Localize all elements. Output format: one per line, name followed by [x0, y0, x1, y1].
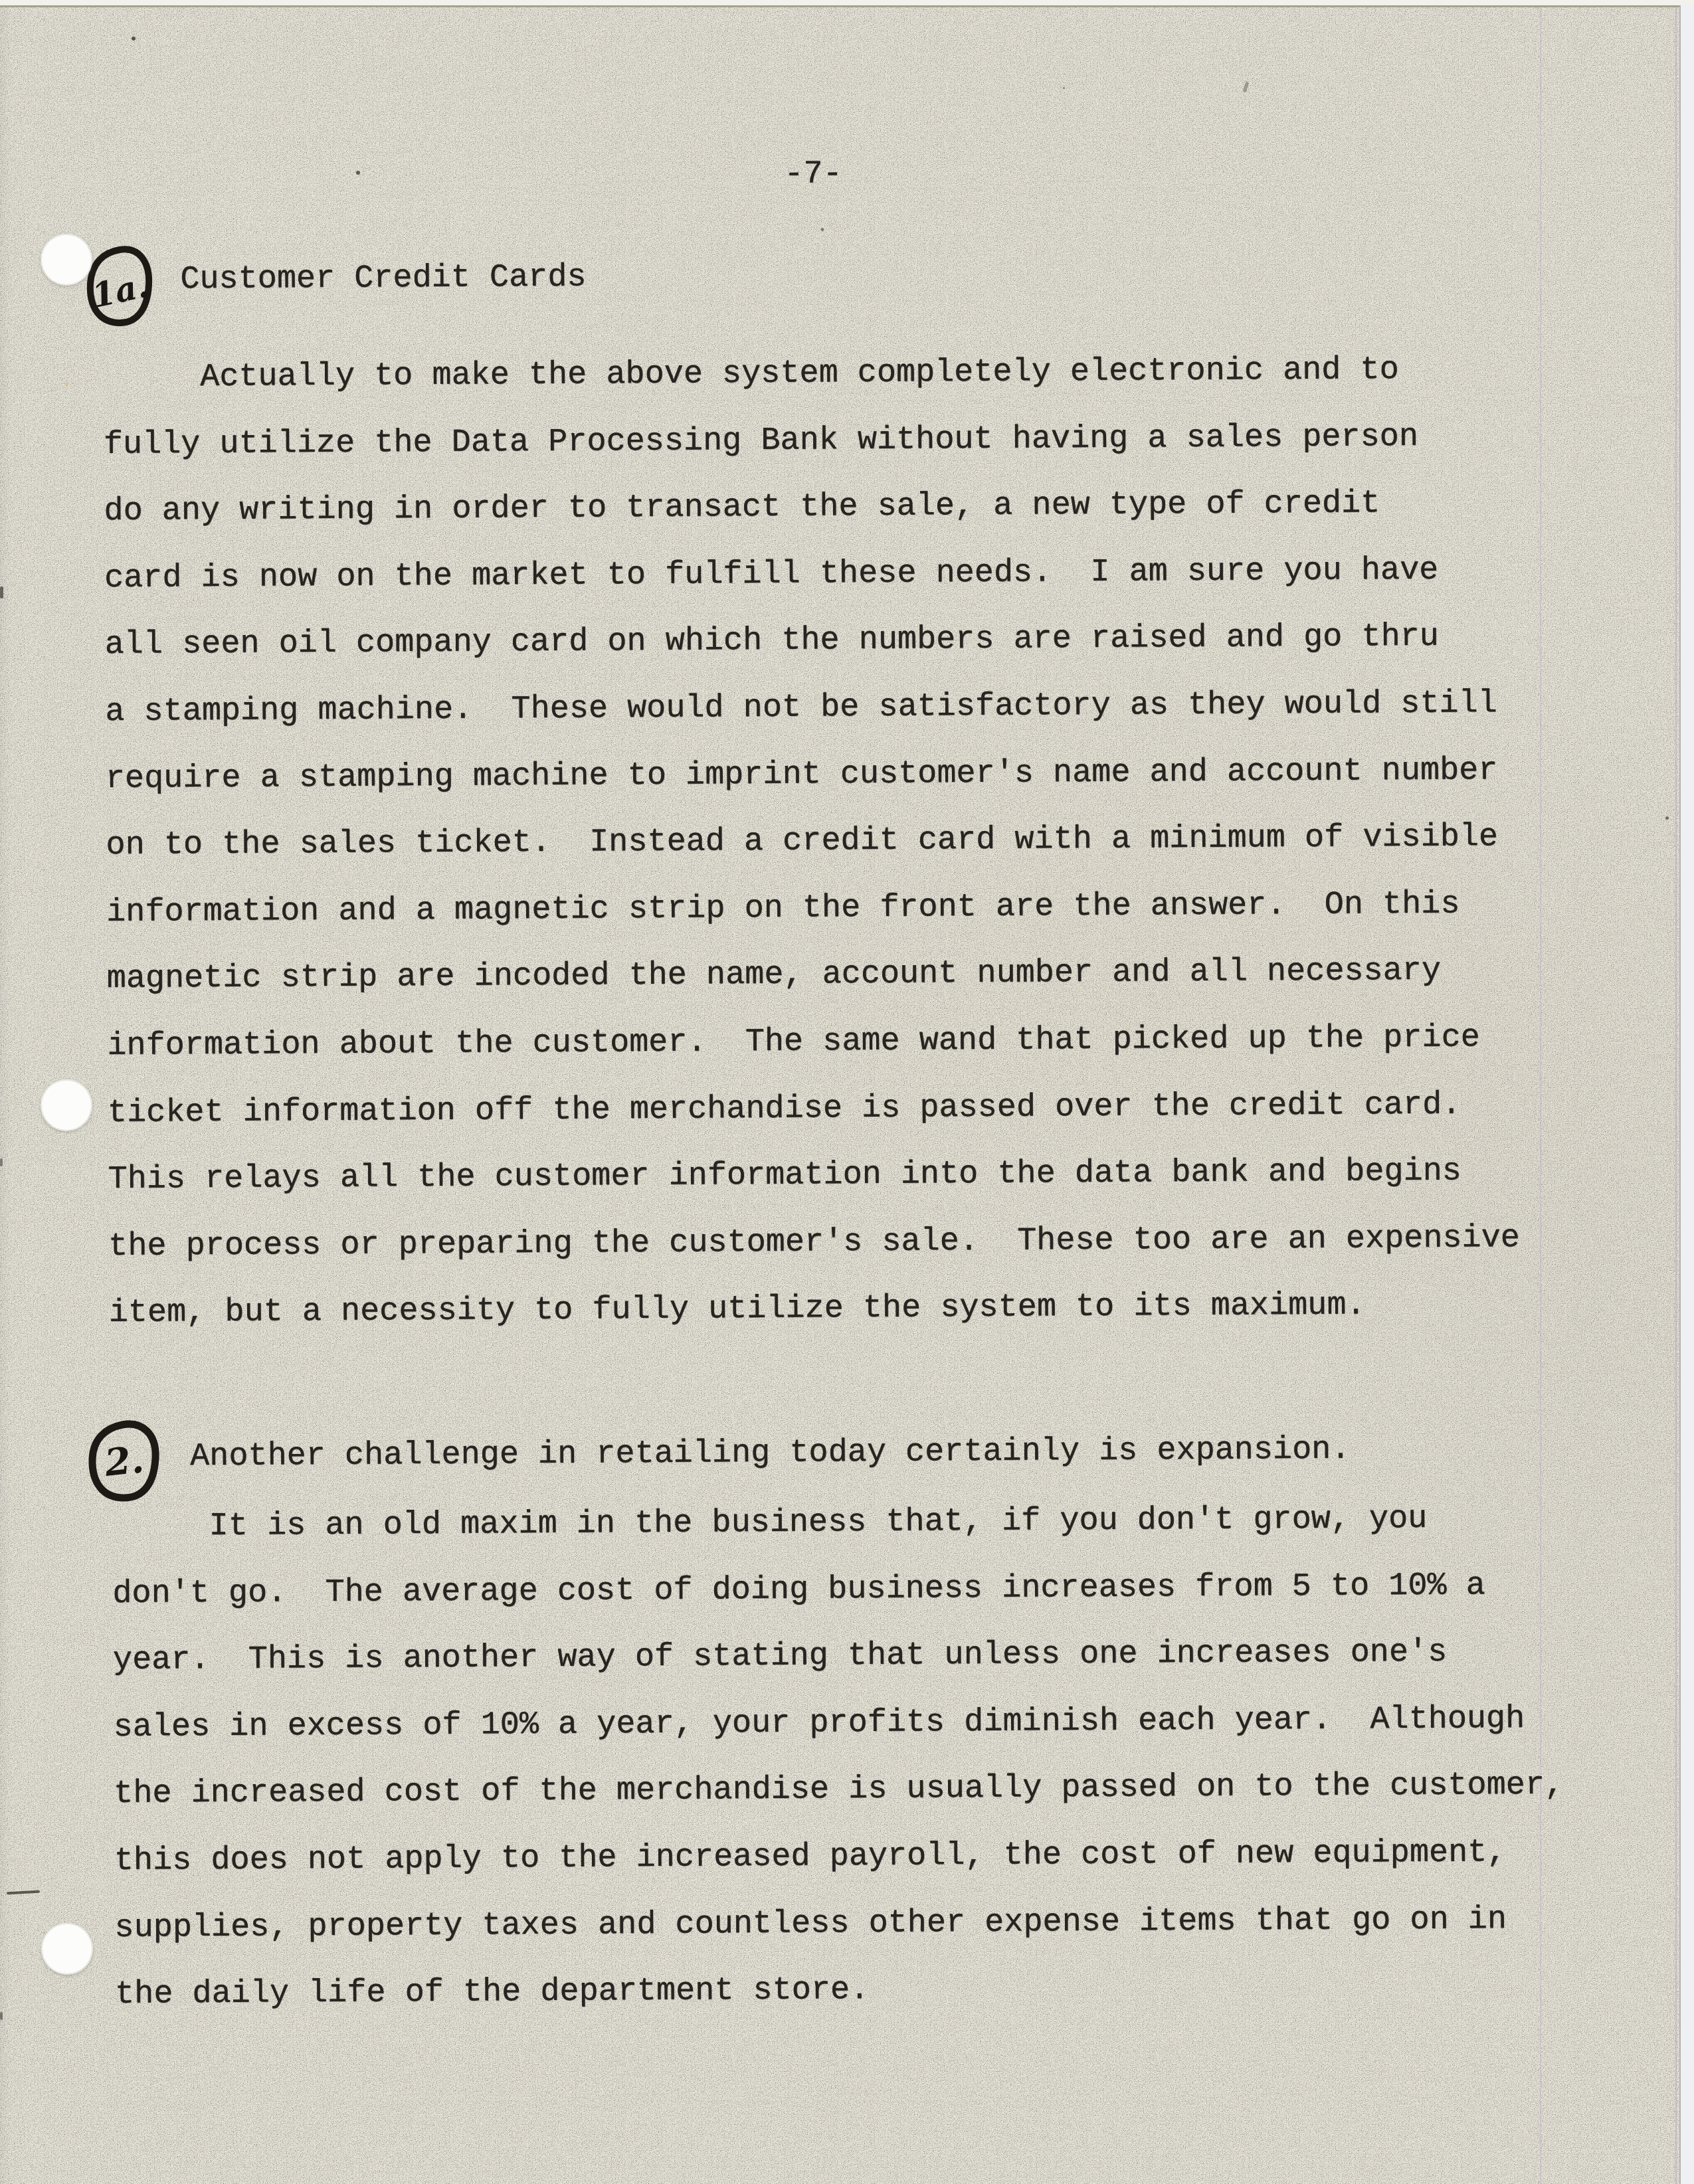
paper-speck [1063, 87, 1065, 89]
text-line: information about the customer. The same… [107, 1004, 1519, 1080]
text-line: this does not apply to the increased pay… [114, 1819, 1564, 1895]
text-line: all seen oil company card on which the n… [104, 603, 1516, 679]
punch-hole [41, 1079, 92, 1131]
typed-content: -7- Customer Credit Cards Actually to ma… [0, 0, 1691, 2184]
section-1-heading: Customer Credit Cards [180, 244, 587, 314]
paper-speck [1665, 816, 1669, 820]
text-line: Actually to make the above system comple… [103, 336, 1515, 412]
text-line: a stamping machine. These would not be s… [105, 670, 1517, 746]
paper-speck [65, 383, 68, 386]
marker-2-label: 2. [84, 1417, 165, 1506]
handwritten-marker-2: 2. [88, 1421, 161, 1502]
paper-speck [356, 171, 360, 175]
text-line: item, but a necessity to fully utilize t… [109, 1271, 1521, 1347]
handwritten-marker-1a: 1a. [86, 245, 153, 327]
section-2-paragraph: It is an old maxim in the business that,… [112, 1485, 1565, 2029]
paper-speck [132, 37, 136, 41]
text-line: ticket information off the merchandise i… [108, 1071, 1519, 1147]
text-line: the process or preparing the customer's … [108, 1205, 1520, 1281]
paper-speck [467, 1312, 470, 1315]
text-line: card is now on the market to fulfill the… [104, 537, 1516, 612]
section-1-paragraph: Actually to make the above system comple… [103, 336, 1521, 1347]
section-2-heading: Another challenge in retailing today cer… [190, 1417, 1351, 1491]
text-line: magnetic strip are incoded the name, acc… [106, 937, 1518, 1013]
scan-edge-mark [0, 1158, 3, 1166]
scan-edge-mark [0, 2012, 3, 2020]
text-line: supplies, property taxes and countless o… [114, 1886, 1564, 1961]
text-line: It is an old maxim in the business that,… [112, 1485, 1562, 1561]
text-line: sales in excess of 10% a year, your prof… [113, 1685, 1563, 1761]
text-line: do any writing in order to transact the … [104, 470, 1515, 545]
punch-hole [41, 1923, 93, 1975]
text-line: don't go. The average cost of doing busi… [112, 1552, 1562, 1627]
text-line: on to the sales ticket. Instead a credit… [106, 804, 1517, 879]
text-line: require a stamping machine to imprint cu… [106, 737, 1517, 813]
page-number: -7- [784, 141, 842, 208]
text-line: This relays all the customer information… [108, 1138, 1519, 1214]
text-line: fully utilize the Data Processing Bank w… [104, 403, 1515, 479]
document-page: -7- Customer Credit Cards Actually to ma… [0, 5, 1679, 2184]
text-line: year. This is another way of stating tha… [113, 1619, 1563, 1694]
text-line: the increased cost of the merchandise is… [114, 1752, 1564, 1828]
scan-edge-mark [0, 587, 3, 598]
text-line: the daily life of the department store. [115, 1953, 1565, 2029]
text-line: information and a magnetic strip on the … [106, 871, 1518, 947]
paper-speck [821, 228, 824, 231]
punch-hole [41, 234, 92, 286]
